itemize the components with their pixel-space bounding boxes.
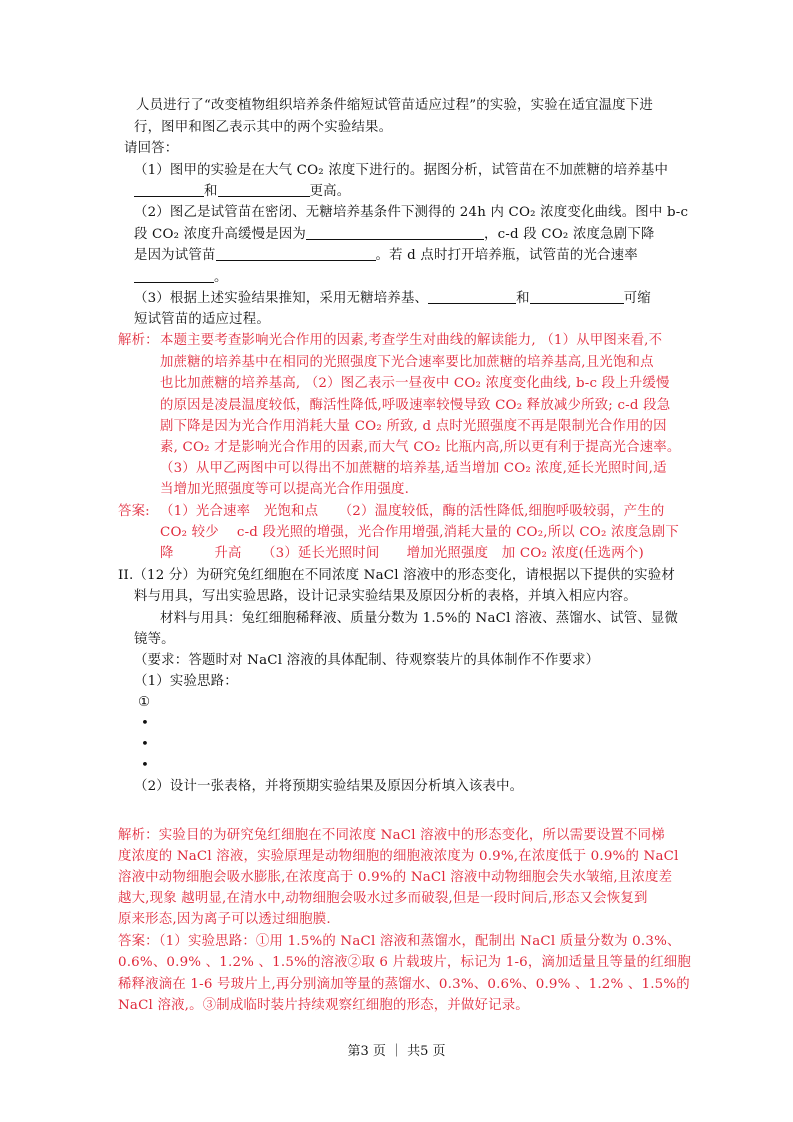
answer-line: （1）光合速率 光饱和点 （2）温度较低，酶的活性降低,细胞呼吸较弱，产生的 [160,502,664,522]
q2-text: 。若 d 点时打开培养瓶，试管苗的光合速率 [376,248,638,263]
step-marker: ① [138,693,150,713]
q3-line-2: 短试管苗的适应过程。 [134,310,270,330]
answer-blank[interactable] [134,268,214,283]
q3-line-1: （3）根据上述实验结果推知，采用无糖培养基、和可缩 [134,289,651,309]
q1-connector: 和 [204,184,218,199]
q2-text: 是因为试管苗 [134,248,216,263]
part2-heading-line-2: 料与用具，写出实验思路，设计记录实验结果及原因分析的表格，并填入相应内容。 [134,587,637,607]
q1-end: 更高。 [310,184,351,199]
q3-text: （3）根据上述实验结果推知，采用无糖培养基、 [134,291,428,306]
bullet-icon: • [141,756,149,776]
analysis-line: 也比加蔗糖的培养基高, （2）图乙表示一昼夜中 CO₂ 浓度变化曲线, b-c … [160,374,670,394]
answer-blank[interactable] [134,182,204,197]
part2-heading-line-1: II.（12 分）为研究兔红细胞在不同浓度 NaCl 溶液中的形态变化，请根据以… [118,566,675,586]
answer-blank[interactable] [216,246,376,261]
answer-line: 降 升高 （3）延长光照时间 增加光照强度 加 CO₂ 浓度(任选两个) [160,544,644,564]
analysis-line: 当增加光照强度等可以提高光合作用强度. [160,480,409,500]
bullet-icon: • [141,735,149,755]
q3-connector: 和 [516,291,530,306]
intro-line-2: 行，图甲和图乙表示其中的两个实验结果。 [134,118,392,138]
prompt: 请回答： [124,139,178,159]
page-footer: 第3 页 ｜ 共5 页 [0,1040,793,1059]
q2-text: 。 [214,270,228,285]
q3-text: 可缩 [624,291,651,306]
q2-line-4: 。 [134,268,228,288]
analysis-line: 加蔗糖的培养基中在相同的光照强度下光合速率要比加蔗糖的培养基高,且光饱和点 [160,353,654,373]
part2-analysis-line: 溶液中动物细胞会吸水膨胀,在浓度高于 0.9%的 NaCl 溶液中动物细胞会失水… [118,868,672,888]
analysis-line: 素, CO₂ 才是影响光合作用的因素,而大气 CO₂ 比瓶内高,所以更有利于提高… [160,438,680,458]
part2-answer-line: 答案：（1）实验思路：①用 1.5%的 NaCl 溶液和蒸馏水，配制出 NaCl… [118,932,681,952]
part2-q2-label: （2）设计一张表格，并将预期实验结果及原因分析填入该表中。 [134,777,523,797]
q2-line-3: 是因为试管苗。若 d 点时打开培养瓶，试管苗的光合速率 [134,246,638,266]
analysis-label: 解析： [118,331,159,351]
part2-answer-line: 0.6%、0.9% 、1.2% 、1.5%的溶液②取 6 片载玻片，标记为 1-… [118,953,691,973]
analysis-line: 本题主要考查影响光合作用的因素,考查学生对曲线的解读能力, （1）从甲图来看,不 [160,331,662,351]
q2-line-1: （2）图乙是试管苗在密闭、无糖培养基条件下测得的 24h 内 CO₂ 浓度变化曲… [134,203,688,223]
answer-blank[interactable] [530,289,624,304]
answer-blank[interactable] [428,289,516,304]
analysis-line: 剧下降是因为光合作用消耗大量 CO₂ 所致, d 点时光照强度不再是限制光合作用… [160,417,667,437]
q1-line-1: （1）图甲的实验是在大气 CO₂ 浓度下进行的。据图分析，试管苗在不加蔗糖的培养… [134,161,668,181]
bullet-icon: • [141,714,149,734]
part2-analysis-line: 解析：实验目的为研究兔红细胞在不同浓度 NaCl 溶液中的形态变化，所以需要设置… [118,826,665,846]
answer-blank[interactable] [218,182,310,197]
q2-text: ，c-d 段 CO₂ 浓度急剧下降 [484,227,654,242]
answer-line: CO₂ 较少 c-d 段光照的增强，光合作用增强,消耗大量的 CO₂,所以 CO… [160,523,679,543]
materials-line-1: 材料与用具：兔红细胞稀释液、质量分数为 1.5%的 NaCl 溶液、蒸馏水、试管… [160,609,678,629]
answer-label: 答案: [118,502,150,522]
intro-line-1: 人员进行了“改变植物组织培养条件缩短试管苗适应过程”的实验，实验在适宜温度下进 [136,96,653,116]
part2-answer-line: 稀释液滴在 1-6 号玻片上,再分别滴加等量的蒸馏水、0.3%、0.6%、0.9… [118,975,690,995]
part2-analysis-line: 越大,现象 越明显,在清水中,动物细胞会吸水过多而破裂,但是一段时间后,形态又会… [118,889,648,909]
q2-line-2: 段 CO₂ 浓度升高缓慢是因为，c-d 段 CO₂ 浓度急剧下降 [134,225,655,245]
materials-line-2: 镜等。 [134,630,175,650]
document-page: 人员进行了“改变植物组织培养条件缩短试管苗适应过程”的实验，实验在适宜温度下进 … [0,0,793,1122]
analysis-line: （3）从甲乙两图中可以得出不加蔗糖的培养基,适当增加 CO₂ 浓度,延长光照时间… [160,459,667,479]
part2-answer-line: NaCl 溶液,。③制成临时装片持续观察红细胞的形态，并做好记录。 [118,996,529,1016]
requirement: （要求：答题时对 NaCl 溶液的具体配制、待观察装片的具体制作不作要求） [134,651,599,671]
part2-analysis-line: 度浓度的 NaCl 溶液，实验原理是动物细胞的细胞液浓度为 0.9%,在浓度低于… [118,847,679,867]
analysis-line: 的原因是凌晨温度较低，酶活性降低,呼吸速率较慢导致 CO₂ 释放减少所致; c-… [160,396,670,416]
answer-blank[interactable] [306,225,484,240]
part2-q1-label: （1）实验思路： [134,672,238,692]
q2-text: 段 CO₂ 浓度升高缓慢是因为 [134,227,306,242]
part2-analysis-line: 原来形态,因为离子可以透过细胞膜. [118,910,331,930]
q1-line-2: 和更高。 [134,182,350,202]
